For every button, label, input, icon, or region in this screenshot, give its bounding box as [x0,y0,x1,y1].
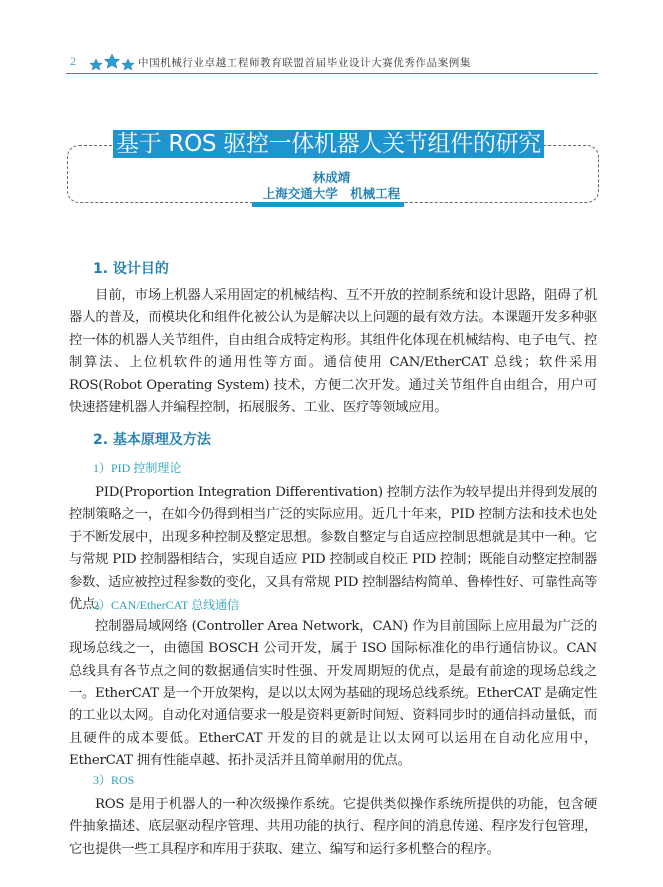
book-title: 中国机械行业卓越工程师教育联盟首届毕业设计大赛优秀作品案例集 [138,55,471,70]
three-stars-icon [88,51,136,73]
title-underbar [252,202,404,207]
subsection-heading: 1）PID 控制理论 [93,459,181,476]
subsection-heading: 3）ROS [93,771,134,788]
subsection-heading: 2）CAN/EtherCAT 总线通信 [93,596,239,613]
author-affiliation: 上海交通大学 机械工程 [0,184,663,202]
paragraph: EtherCAT 是一个开放架构，是以以太网为基础的现场总线系统。EtherCA… [69,683,597,773]
paragraph: 目前，市场上机器人采用固定的机械结构、互不开放的控制系统和设计思路，阻碍了机器人… [69,285,597,419]
page-number: 2 [70,54,76,69]
section-heading: 2. 基本原理及方法 [93,429,211,449]
paragraph: ROS 是用于机器人的一种次级操作系统。它提供类似操作系统所提供的功能，包含硬件… [69,794,597,861]
running-header: 2 中国机械行业卓越工程师教育联盟首届毕业设计大赛优秀作品案例集 [66,51,598,74]
section-heading: 1. 设计目的 [93,258,169,278]
article-title: 基于 ROS 驱控一体机器人关节组件的研究 [113,130,544,158]
